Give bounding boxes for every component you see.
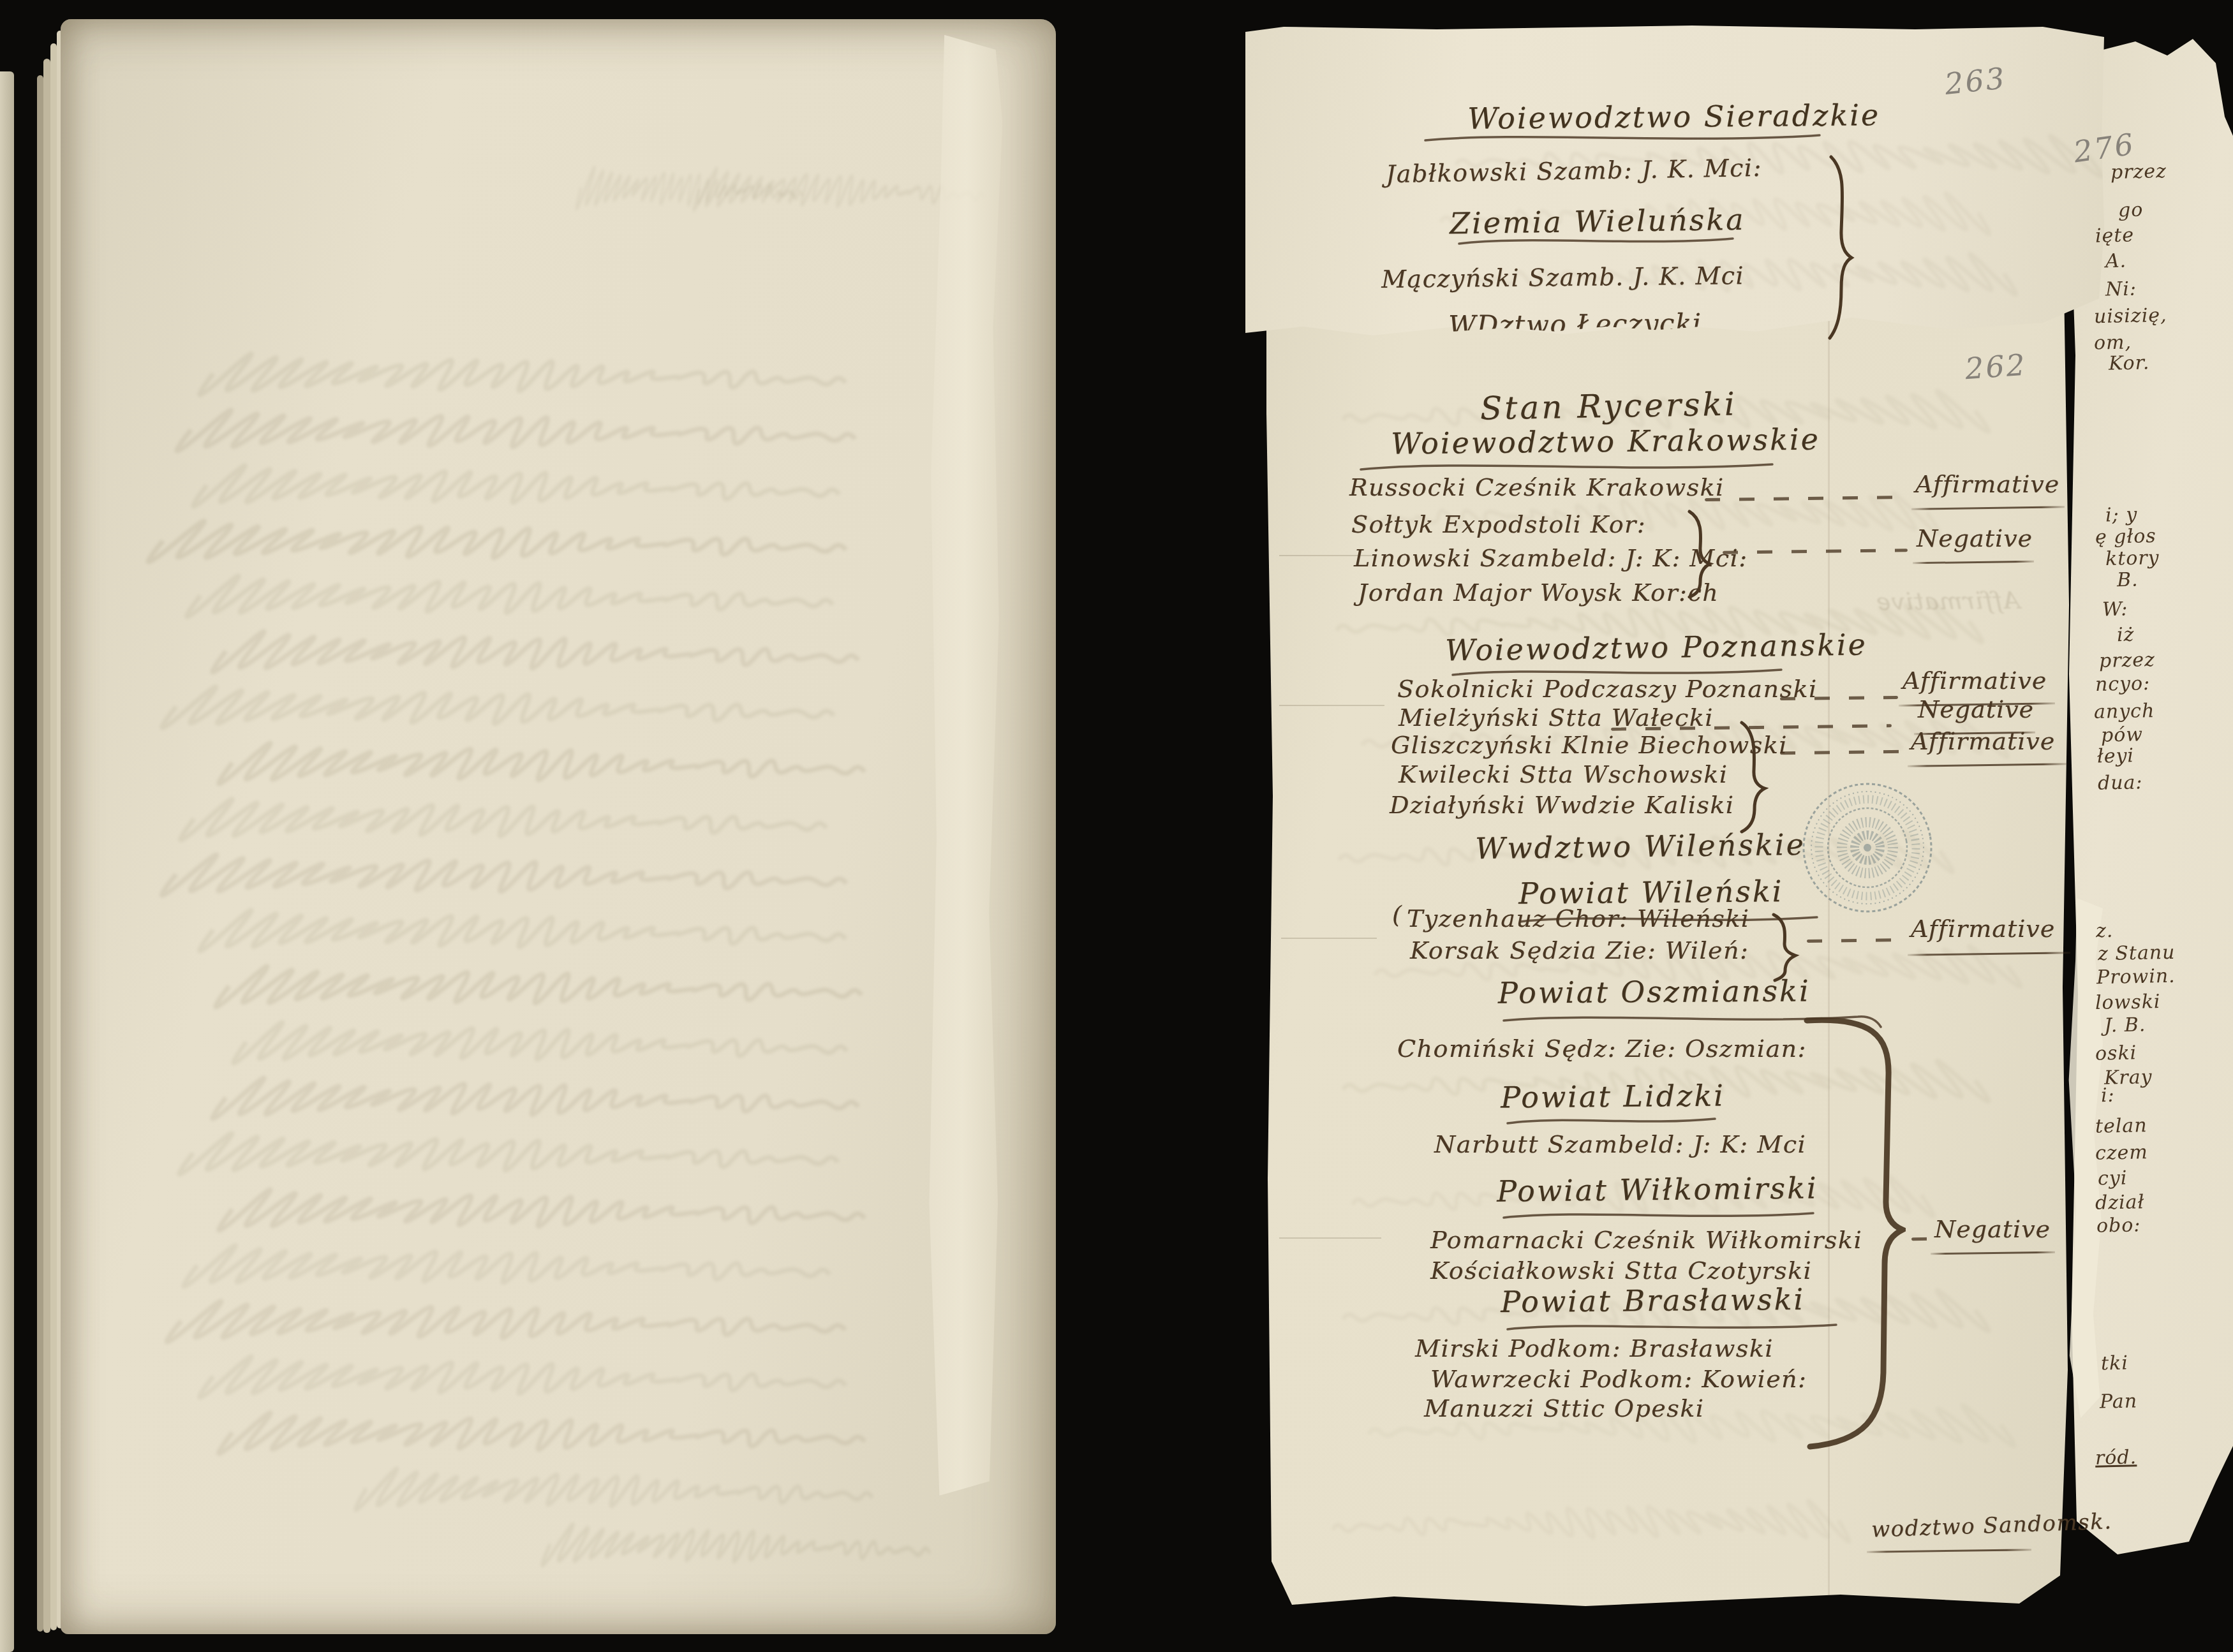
side-page-text-fragment: ktory	[2105, 547, 2160, 570]
side-page-text-fragment: J. B.	[2104, 1014, 2146, 1036]
side-page-text-fragment: przez	[2099, 649, 2156, 672]
manuscript-scan: 263 262 276 Woiewodztwo Sieradzkie Jabłk…	[0, 0, 2233, 1652]
side-page-text-fragment: obo:	[2096, 1214, 2141, 1237]
side-page-text-fragment: Pan	[2100, 1390, 2138, 1413]
side-page-text-fragment: z Stanu	[2098, 941, 2176, 966]
side-page-text-fragment: cyi	[2098, 1167, 2128, 1190]
side-page-text-fragment: go	[2118, 199, 2144, 222]
side-page-text-fragment: B.	[2117, 569, 2139, 592]
side-page-text-fragment: tki	[2101, 1352, 2129, 1375]
side-page-text-fragment: i:	[2101, 1084, 2115, 1107]
side-page-text-fragment: om,	[2094, 331, 2132, 354]
side-page-text-fragment: lowski	[2095, 991, 2161, 1014]
side-page-text-fragment: dział	[2095, 1191, 2145, 1214]
side-page-text-fragment: czem	[2095, 1141, 2149, 1165]
side-page-text-fragment: iż	[2117, 624, 2135, 647]
side-page-text-fragment: przez	[2111, 160, 2167, 184]
side-page-text-fragment: Kor.	[2109, 351, 2150, 374]
side-page-text-fragment: oski	[2095, 1042, 2137, 1065]
side-page-fragments: przezgoięteA.Ni:uisizię,om,Kor.i; yę gło…	[0, 0, 2233, 1652]
side-page-text-fragment: Prowin.	[2096, 965, 2176, 989]
side-page-text-fragment: ę głos	[2095, 525, 2156, 549]
side-page-text-fragment: ncyo:	[2095, 672, 2151, 696]
side-page-text-fragment: telan	[2095, 1114, 2148, 1138]
side-page-text-fragment: pów	[2101, 723, 2144, 746]
side-page-text-fragment: ród.	[2095, 1446, 2137, 1469]
side-page-text-fragment: dua:	[2098, 771, 2143, 794]
side-page-text-fragment: W:	[2102, 598, 2128, 621]
side-page-text-fragment: uisizię,	[2094, 304, 2167, 328]
side-page-text-fragment: i; y	[2105, 503, 2138, 526]
side-page-text-fragment: z.	[2096, 920, 2114, 943]
side-page-text-fragment: ięte	[2095, 224, 2135, 247]
side-page-text-fragment: łeyi	[2097, 744, 2135, 767]
side-page-text-fragment: Ni:	[2105, 277, 2137, 300]
side-page-text-fragment: anych	[2094, 700, 2155, 723]
side-page-text-fragment: A.	[2105, 250, 2127, 273]
